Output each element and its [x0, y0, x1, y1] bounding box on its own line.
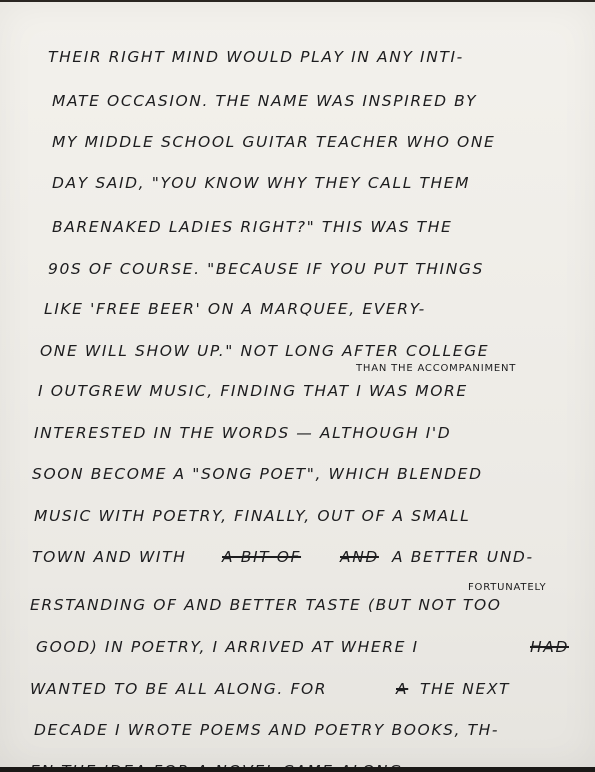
line-text: decade I wrote poems and poetry books, t…	[34, 721, 499, 739]
line-text: town and with	[32, 548, 186, 566]
line-text: the next	[420, 680, 510, 698]
struck-text: and	[340, 548, 379, 566]
line-text: one will show up." Not long after colleg…	[40, 342, 489, 360]
line-text: I outgrew music, finding that I was more	[38, 382, 468, 400]
line-text: Barenaked Ladies right?" This was the	[52, 218, 452, 236]
struck-text: a bit of	[222, 548, 301, 566]
line-text: music with poetry, finally, out of a sma…	[34, 507, 470, 525]
line-text: wanted to be all along. For	[30, 680, 327, 698]
desk-background-edge	[0, 767, 595, 772]
line-text: interested in the words — although I'd	[34, 424, 451, 442]
line-text: like 'Free Beer' on a marquee, every-	[44, 300, 426, 318]
insertion-text: than the accompaniment	[356, 363, 516, 374]
handwritten-page: Their right mind would play in any inti-…	[0, 2, 595, 768]
line-text: good) in poetry, I arrived at where I	[36, 638, 419, 656]
line-text: 90s of course. "Because if you put thing…	[48, 260, 484, 278]
line-text: soon become a "song poet", which blended	[32, 465, 483, 483]
line-text: mate occasion. The name was inspired by	[52, 92, 477, 110]
line-text: Their right mind would play in any inti-	[48, 48, 464, 66]
line-text: erstanding of and better taste (but not …	[30, 596, 502, 614]
line-text: a better und-	[392, 548, 534, 566]
struck-text: a	[396, 680, 408, 698]
insertion-text: fortunately	[468, 582, 546, 593]
line-text: day said, "You know why they call them	[52, 174, 470, 192]
struck-text: had	[530, 638, 569, 656]
line-text: my middle school guitar teacher who one	[52, 133, 495, 151]
